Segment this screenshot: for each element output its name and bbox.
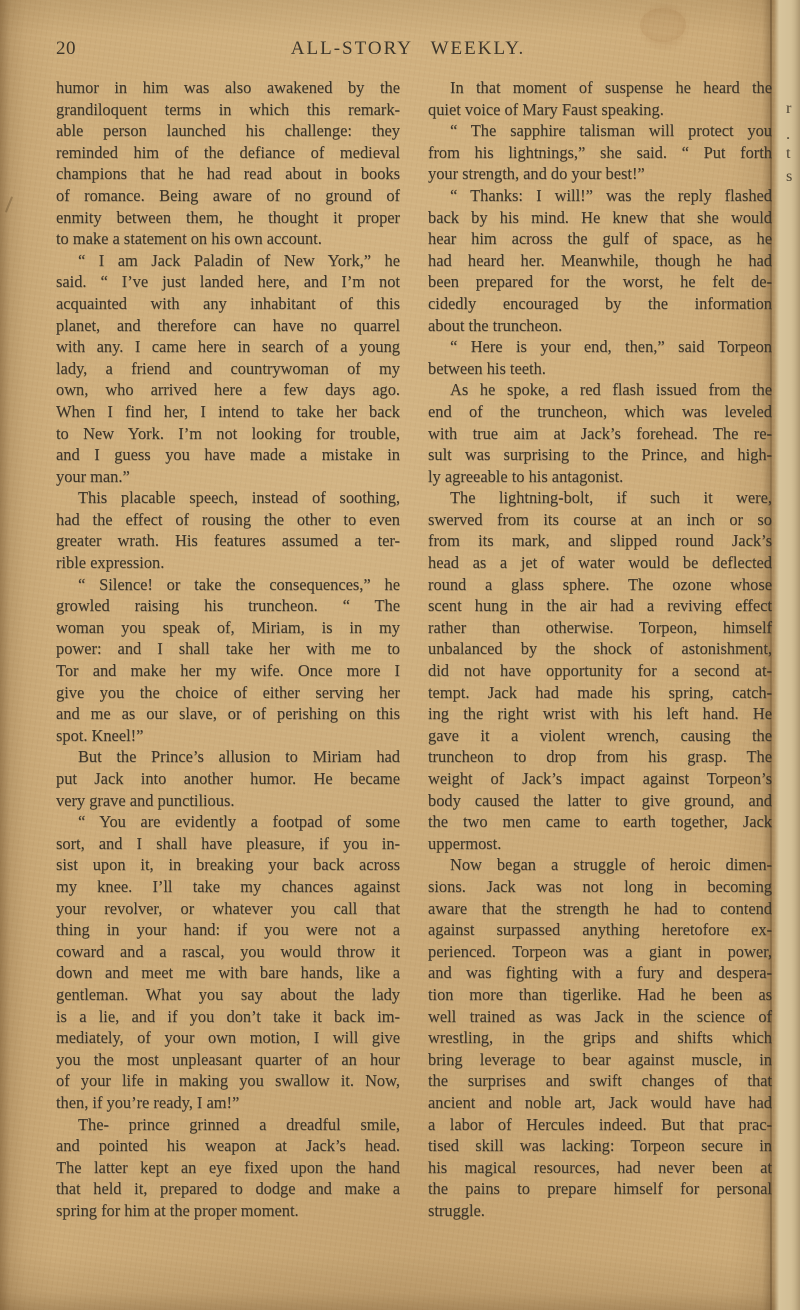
text-line: aware that the strength he had to conten…	[428, 898, 772, 920]
edge-letter-fragment: r	[786, 100, 800, 118]
text-line: ly agreeable to his antagonist.	[428, 466, 772, 488]
edge-letter-fragment: .	[786, 126, 800, 144]
paragraph: Now began a struggle of heroic dimen-sio…	[428, 854, 772, 1221]
text-line: “ I am Jack Paladin of New York,” he	[56, 250, 400, 272]
text-line: your man.”	[56, 466, 400, 488]
paragraph: As he spoke, a red flash issued from the…	[428, 379, 772, 487]
text-line: and I guess you have made a mistake in	[56, 444, 400, 466]
text-line: to New York. I’m not looking for trouble…	[56, 423, 400, 445]
text-line: rible expression.	[56, 552, 400, 574]
text-line: quiet voice of Mary Faust speaking.	[428, 99, 772, 121]
text-line: did not have opportunity for a second at…	[428, 660, 772, 682]
text-line: The latter kept an eye fixed upon the ha…	[56, 1157, 400, 1179]
text-line: ancient and noble art, Jack would have h…	[428, 1092, 772, 1114]
text-line: sort, and I shall have pleasure, if you …	[56, 833, 400, 855]
text-line: tion more than tigerlike. Had he been as	[428, 984, 772, 1006]
text-line: champions that he had read about in book…	[56, 163, 400, 185]
text-line: This placable speech, instead of soothin…	[56, 487, 400, 509]
paragraph: “ Silence! or take the consequences,” he…	[56, 574, 400, 747]
text-line: “ The sapphire talisman will protect you	[428, 120, 772, 142]
text-line: rather than otherwise. Torpeon, himself	[428, 617, 772, 639]
text-line: grandiloquent terms in which this remark…	[56, 99, 400, 121]
text-line: The lightning-bolt, if such it were,	[428, 487, 772, 509]
text-line: from its mark, and slipped round Jack’s	[428, 530, 772, 552]
paragraph: “ I am Jack Paladin of New York,” hesaid…	[56, 250, 400, 488]
text-line: had heard her. Meanwhile, though he had	[428, 250, 772, 272]
text-line: scent hung in the air had a reviving eff…	[428, 595, 772, 617]
edge-letter-fragment: s	[786, 168, 800, 186]
text-line: own, who arrived here a few days ago.	[56, 379, 400, 401]
text-line: spring for him at the proper moment.	[56, 1200, 400, 1222]
text-line: the pains to prepare himself for persona…	[428, 1178, 772, 1200]
text-line: give you the choice of either serving he…	[56, 682, 400, 704]
text-line: from his lightnings,” she said. “ Put fo…	[428, 142, 772, 164]
text-line: truncheon to drop from his grasp. The	[428, 746, 772, 768]
text-line: Tor and make her my wife. Once more I	[56, 660, 400, 682]
text-line: round a glass sphere. The ozone whose	[428, 574, 772, 596]
text-line: “ Silence! or take the consequences,” he	[56, 574, 400, 596]
text-line: greater wrath. His features assumed a te…	[56, 530, 400, 552]
paragraph: In that moment of suspense he heard theq…	[428, 77, 772, 120]
text-line: the two men came to earth together, Jack	[428, 811, 772, 833]
text-line: swerved from its course at an inch or so	[428, 509, 772, 531]
text-line: and me as our slave, or of perishing on …	[56, 703, 400, 725]
text-line: coward and a rascal, you would throw it	[56, 941, 400, 963]
text-line: and was fighting with a fury and despera…	[428, 962, 772, 984]
text-line: enmity between them, he thought it prope…	[56, 207, 400, 229]
text-line: acquainted with any inhabitant of this	[56, 293, 400, 315]
text-line: tempt. Jack had made his spring, catch-	[428, 682, 772, 704]
paragraph: The- prince grinned a dreadful smile,and…	[56, 1114, 400, 1222]
text-line: spot. Kneel!”	[56, 725, 400, 747]
text-line: able person launched his challenge: they	[56, 120, 400, 142]
text-line: bring leverage to bear against muscle, i…	[428, 1049, 772, 1071]
text-line: In that moment of suspense he heard the	[428, 77, 772, 99]
text-line: his magical resources, had never been at	[428, 1157, 772, 1179]
margin-pencil-mark	[5, 196, 13, 213]
text-line: unbalanced by the shock of astonishment,	[428, 638, 772, 660]
paragraph: This placable speech, instead of soothin…	[56, 487, 400, 573]
text-line: sult was surprising to the Prince, and h…	[428, 444, 772, 466]
text-line: your strength, and do your best!”	[428, 163, 772, 185]
text-line: between his teeth.	[428, 358, 772, 380]
paper-stain	[640, 8, 686, 42]
text-line: against surpassed anything heretofore ex…	[428, 919, 772, 941]
text-line: your revolver, or whatever you call that	[56, 898, 400, 920]
text-line: growled raising his truncheon. “ The	[56, 595, 400, 617]
text-line: head as a jet of water would be deflecte…	[428, 552, 772, 574]
text-line: had the effect of rousing the other to e…	[56, 509, 400, 531]
text-line: “ You are evidently a footpad of some	[56, 811, 400, 833]
magazine-page-scan: 20 ALL-STORY WEEKLY. humor in him was al…	[0, 0, 800, 1310]
text-line: the surprises and swift changes of that	[428, 1070, 772, 1092]
text-line: The- prince grinned a dreadful smile,	[56, 1114, 400, 1136]
text-line: perienced. Torpeon was a giant in power,	[428, 941, 772, 963]
column-left: humor in him was also awakened by thegra…	[56, 77, 400, 1221]
running-header: 20 ALL-STORY WEEKLY.	[0, 38, 800, 62]
text-line: to make a statement on his own account.	[56, 228, 400, 250]
text-line: As he spoke, a red flash issued from the	[428, 379, 772, 401]
text-line: thing in your hand: if you were not a	[56, 919, 400, 941]
text-line: humor in him was also awakened by the	[56, 77, 400, 99]
text-line: gentleman. What you say about the lady	[56, 984, 400, 1006]
text-line: a labor of Hercules indeed. But that pra…	[428, 1114, 772, 1136]
text-line: cidedly encouraged by the information	[428, 293, 772, 315]
paragraph: The lightning-bolt, if such it were,swer…	[428, 487, 772, 854]
text-line: sions. Jack was not long in becoming	[428, 876, 772, 898]
text-line: of romance. Being aware of no ground of	[56, 185, 400, 207]
text-line: hear him across the gulf of space, as he	[428, 228, 772, 250]
text-line: down and meet me with bare hands, like a	[56, 962, 400, 984]
text-line: gave it a violent wrench, causing the	[428, 725, 772, 747]
text-line: When I find her, I intend to take her ba…	[56, 401, 400, 423]
text-line: body caused the latter to give ground, a…	[428, 790, 772, 812]
text-line: tised skill was lacking: Torpeon secure …	[428, 1135, 772, 1157]
text-line: been prepared for the worst, he felt de-	[428, 271, 772, 293]
paragraph: “ You are evidently a footpad of somesor…	[56, 811, 400, 1113]
text-line: woman you speak of, Miriam, is in my	[56, 617, 400, 639]
text-line: well trained as was Jack in the science …	[428, 1006, 772, 1028]
text-line: Now began a struggle of heroic dimen-	[428, 854, 772, 876]
text-line: “ Thanks: I will!” was the reply flashed	[428, 185, 772, 207]
text-line: planet, and therefore can have no quarre…	[56, 315, 400, 337]
text-line: my knee. I’ll take my chances against	[56, 876, 400, 898]
paragraph: “ Thanks: I will!” was the reply flashed…	[428, 185, 772, 336]
text-line: mediately, of your own motion, I will gi…	[56, 1027, 400, 1049]
text-line: put Jack into another humor. He became	[56, 768, 400, 790]
text-line: reminded him of the defiance of medieval	[56, 142, 400, 164]
text-line: about the truncheon.	[428, 315, 772, 337]
text-line: then, if you’re ready, I am!”	[56, 1092, 400, 1114]
edge-letter-fragment: t	[786, 145, 800, 163]
text-line: lady, a friend and countrywoman of my	[56, 358, 400, 380]
text-line: and pointed his weapon at Jack’s head.	[56, 1135, 400, 1157]
text-line: with true aim at Jack’s forehead. The re…	[428, 423, 772, 445]
column-right: In that moment of suspense he heard theq…	[428, 77, 772, 1221]
text-line: back by his mind. He knew that she would	[428, 207, 772, 229]
text-line: uppermost.	[428, 833, 772, 855]
paragraph: “ The sapphire talisman will protect you…	[428, 120, 772, 185]
text-line: struggle.	[428, 1200, 772, 1222]
text-line: But the Prince’s allusion to Miriam had	[56, 746, 400, 768]
text-line: that held it, prepared to dodge and make…	[56, 1178, 400, 1200]
paragraph: But the Prince’s allusion to Miriam hadp…	[56, 746, 400, 811]
text-line: with any. I came here in search of a you…	[56, 336, 400, 358]
text-line: end of the truncheon, which was leveled	[428, 401, 772, 423]
journal-title: ALL-STORY WEEKLY.	[28, 38, 788, 60]
paragraph: humor in him was also awakened by thegra…	[56, 77, 400, 250]
text-line: power: and I shall take her with me to	[56, 638, 400, 660]
text-line: is a lie, and if you don’t take it back …	[56, 1006, 400, 1028]
text-line: “ Here is your end, then,” said Torpeon	[428, 336, 772, 358]
text-line: wrestling, in the grips and shifts which	[428, 1027, 772, 1049]
text-line: weight of Jack’s impact against Torpeon’…	[428, 768, 772, 790]
text-line: of your life in making you swallow it. N…	[56, 1070, 400, 1092]
text-line: ing the right wrist with his left hand. …	[428, 703, 772, 725]
text-line: you the most unpleasant quarter of an ho…	[56, 1049, 400, 1071]
paragraph: “ Here is your end, then,” said Torpeonb…	[428, 336, 772, 379]
text-line: sist upon it, in breaking your back acro…	[56, 854, 400, 876]
text-line: very grave and punctilious.	[56, 790, 400, 812]
text-line: said. “ I’ve just landed here, and I’m n…	[56, 271, 400, 293]
